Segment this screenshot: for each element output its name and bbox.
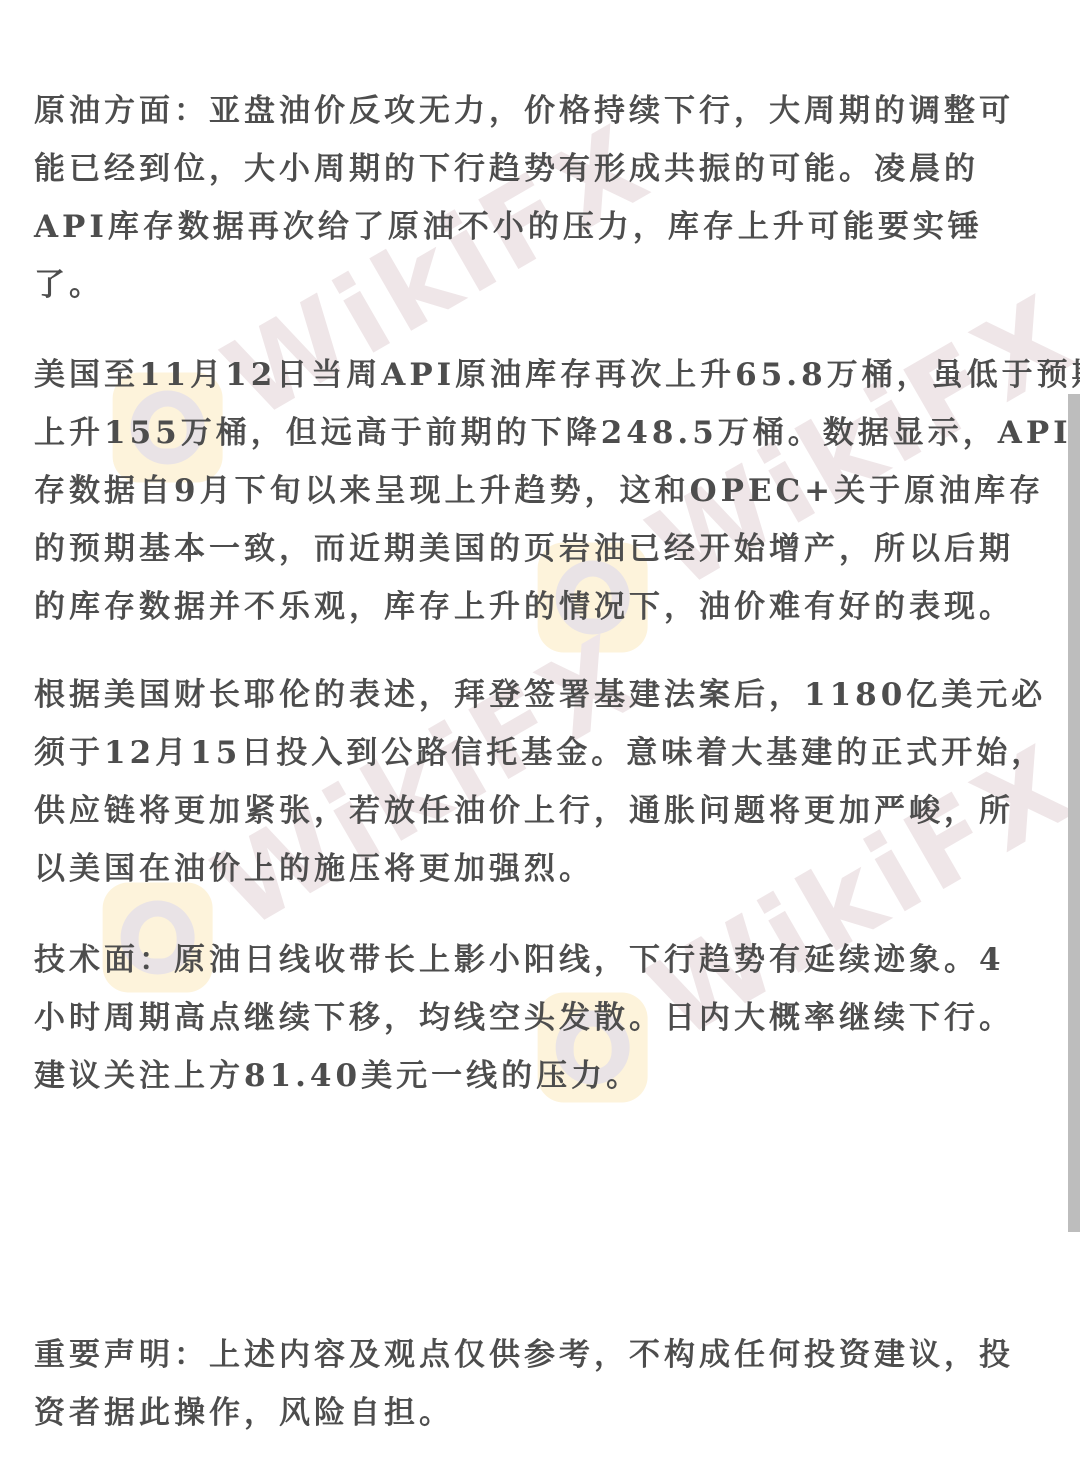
text-line: 建议关注上方81.40美元一线的压力。 xyxy=(34,1047,1044,1105)
text-line: 小时周期高点继续下移，均线空头发散。日内大概率继续下行。 xyxy=(34,989,1044,1047)
text-line: 根据美国财长耶伦的表述，拜登签署基建法案后，1180亿美元必 xyxy=(34,666,1044,724)
text-line: 存数据自9月下旬以来呈现上升趋势，这和OPEC+关于原油库存 xyxy=(34,462,1044,520)
paragraph-technical: 技术面：原油日线收带长上影小阳线，下行趋势有延续迹象。4 小时周期高点继续下移，… xyxy=(34,931,1044,1105)
paragraph-infrastructure: 根据美国财长耶伦的表述，拜登签署基建法案后，1180亿美元必 须于12月15日投… xyxy=(34,666,1044,898)
text-line: 重要声明：上述内容及观点仅供参考，不构成任何投资建议，投 xyxy=(34,1326,1044,1384)
text-line: 的预期基本一致，而近期美国的页岩油已经开始增产，所以后期 xyxy=(34,520,1044,578)
text-line: 了。 xyxy=(34,256,1044,314)
text-line: 美国至11月12日当周API原油库存再次上升65.8万桶，虽低于预期的 xyxy=(34,346,1044,404)
paragraph-api-inventory: 美国至11月12日当周API原油库存再次上升65.8万桶，虽低于预期的 上升15… xyxy=(34,346,1044,636)
text-line: 须于12月15日投入到公路信托基金。意味着大基建的正式开始， xyxy=(34,724,1044,782)
text-line: API库存数据再次给了原油不小的压力，库存上升可能要实锤 xyxy=(34,198,1044,256)
text-line: 原油方面：亚盘油价反攻无力，价格持续下行，大周期的调整可 xyxy=(34,82,1044,140)
text-line: 技术面：原油日线收带长上影小阳线，下行趋势有延续迹象。4 xyxy=(34,931,1044,989)
text-line: 上升155万桶，但远高于前期的下降248.5万桶。数据显示，API库 xyxy=(34,404,1044,462)
paragraph-crude-overview: 原油方面：亚盘油价反攻无力，价格持续下行，大周期的调整可 能已经到位，大小周期的… xyxy=(34,82,1044,314)
text-line: 供应链将更加紧张，若放任油价上行，通胀问题将更加严峻，所 xyxy=(34,782,1044,840)
text-line: 以美国在油价上的施压将更加强烈。 xyxy=(34,840,1044,898)
text-line: 的库存数据并不乐观，库存上升的情况下，油价难有好的表现。 xyxy=(34,578,1044,636)
disclaimer: 重要声明：上述内容及观点仅供参考，不构成任何投资建议，投 资者据此操作，风险自担… xyxy=(34,1326,1044,1442)
text-line: 能已经到位，大小周期的下行趋势有形成共振的可能。凌晨的 xyxy=(34,140,1044,198)
scrollbar-thumb[interactable] xyxy=(1068,394,1080,1232)
text-line: 资者据此操作，风险自担。 xyxy=(34,1384,1044,1442)
